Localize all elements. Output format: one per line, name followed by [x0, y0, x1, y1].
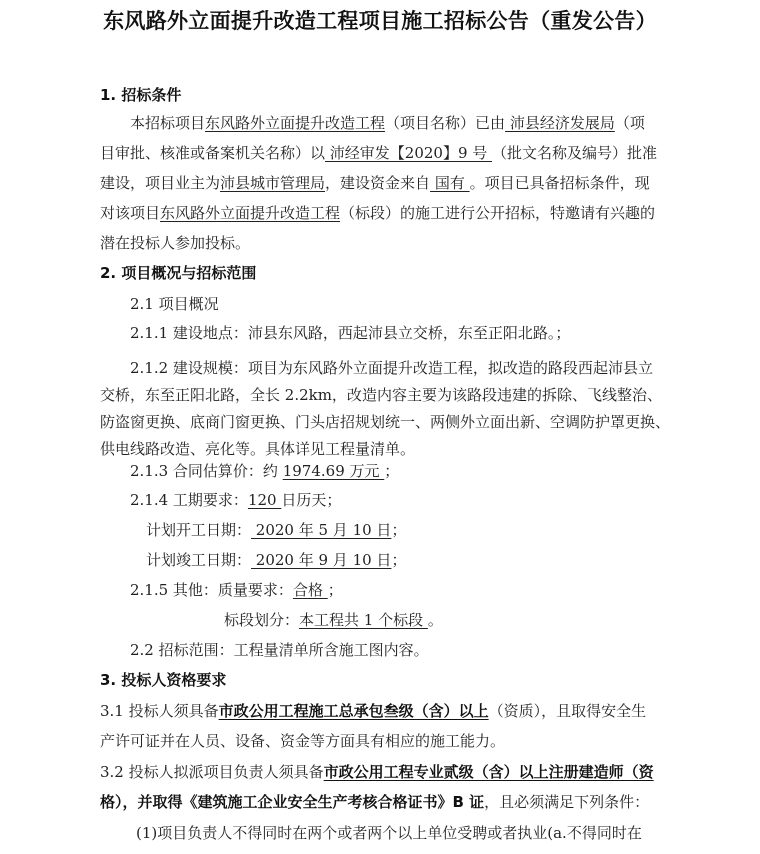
required-qualification: 市政公用工程施工总承包叁级（含）以上 [219, 702, 489, 720]
punct: ； [391, 521, 406, 539]
funding-source: 国有 [430, 174, 470, 192]
label: 2.1.4 工期要求： [130, 491, 248, 509]
s1-para-line-2: 目审批、核准或备案机关名称）以 沛经审发【2020】9 号 （批文名称及编号）批… [100, 143, 657, 163]
text: 3.1 投标人须具备 [100, 702, 219, 720]
s1-para-line-1: 本招标项目东风路外立面提升改造工程（项目名称）已由 沛县经济发展局（项 [130, 113, 645, 133]
s3-1-line-2: 产许可证并在人员、设备、资金等方面具有相应的施工能力。 [100, 731, 505, 751]
text: 建设，项目业主为 [100, 174, 220, 192]
punct: ； [391, 551, 406, 569]
planned-end-date: 计划竣工日期： 2020 年 9 月 10 日； [146, 550, 406, 570]
page-title: 东风路外立面提升改造工程项目施工招标公告（重发公告） [0, 8, 760, 34]
text: ，且必须满足下列条件： [484, 793, 649, 811]
s1-para-line-3: 建设，项目业主为沛县城市管理局，建设资金来自 国有 。项目已具备招标条件，现 [100, 173, 650, 193]
quality-requirement-value: 合格 [293, 581, 328, 599]
unit: 日历天； [281, 491, 341, 509]
s1-para-line-5: 潜在投标人参加投标。 [100, 233, 250, 253]
label: 2.1.5 其他：质量要求： [130, 581, 293, 599]
text: 对该项目 [100, 204, 160, 222]
s3-2-condition-1: (1)项目负责人不得同时在两个或者两个以上单位受聘或者执业(a.不得同时在 [136, 823, 642, 843]
label: 标段划分： [224, 611, 299, 629]
project-owner: 沛县城市管理局 [220, 174, 325, 192]
s1-para-line-4: 对该项目东风路外立面提升改造工程（标段）的施工进行公开招标，特邀请有兴趣的 [100, 203, 655, 223]
text: 。项目已具备招标条件，现 [470, 174, 650, 192]
s2-1-2-scale-line-3: 防盗窗更换、底商门窗更换、门头店招规划统一、两侧外立面出新、空调防护罩更换、 [100, 412, 670, 432]
s2-1-2-scale-line-2: 交桥，东至正阳北路，全长 2.2km，改造内容主要为该路段违建的拆除、飞线整治、 [100, 385, 662, 405]
s2-1-4-duration: 2.1.4 工期要求：120 日历天； [130, 490, 341, 510]
project-name: 东风路外立面提升改造工程 [205, 114, 385, 132]
text: （项目名称）已由 [385, 114, 505, 132]
tender-section-name: 东风路外立面提升改造工程 [160, 204, 340, 222]
planned-start-date: 计划开工日期： 2020 年 5 月 10 日； [146, 520, 406, 540]
label: 计划竣工日期： [146, 551, 251, 569]
text: ，建设资金来自 [325, 174, 430, 192]
text: （批文名称及编号）批准 [492, 144, 657, 162]
punct: 。 [428, 611, 443, 629]
s2-1-3-contract-estimate: 2.1.3 合同估算价：约 1974.69 万元 ； [130, 461, 399, 481]
required-project-manager-qualification: 市政公用工程专业贰级（含）以上注册建造师（资 [324, 763, 654, 781]
approval-document-number: 沛经审发【2020】9 号 [325, 144, 492, 162]
s3-2-line-1: 3.2 投标人拟派项目负责人须具备市政公用工程专业贰级（含）以上注册建造师（资 [100, 762, 654, 782]
text: （资质），且取得安全生 [489, 702, 647, 720]
text: 本招标项目 [130, 114, 205, 132]
section-3-heading: 3. 投标人资格要求 [100, 670, 226, 690]
punct: ； [328, 581, 343, 599]
label: 计划开工日期： [146, 521, 251, 539]
s2-1-project-overview: 2.1 项目概况 [130, 294, 219, 314]
end-date-value: 2020 年 9 月 10 日 [251, 551, 391, 569]
s2-1-2-scale-line-4: 供电线路改造、亮化等。具体详见工程量清单。 [100, 439, 415, 459]
section-2-heading: 2. 项目概况与招标范围 [100, 263, 256, 283]
s2-1-2-scale-line-1: 2.1.2 建设规模：项目为东风路外立面提升改造工程，拟改造的路段西起沛县立 [130, 358, 653, 378]
punct: ； [384, 462, 399, 480]
s3-2-line-2: 格），并取得《建筑施工企业安全生产考核合格证书》B 证，且必须满足下列条件： [100, 792, 649, 812]
text: （项 [615, 114, 645, 132]
text: 目审批、核准或备案机关名称）以 [100, 144, 325, 162]
section-1-heading: 1. 招标条件 [100, 85, 181, 105]
contract-estimate-value: 1974.69 万元 [283, 462, 385, 480]
text: （标段）的施工进行公开招标，特邀请有兴趣的 [340, 204, 655, 222]
section-division: 标段划分：本工程共 1 个标段 。 [224, 610, 443, 630]
text: 3.2 投标人拟派项目负责人须具备 [100, 763, 324, 781]
s3-1-line-1: 3.1 投标人须具备市政公用工程施工总承包叁级（含）以上（资质），且取得安全生 [100, 701, 646, 721]
approving-authority: 沛县经济发展局 [505, 114, 615, 132]
s2-2-tender-scope: 2.2 招标范围：工程量清单所含施工图内容。 [130, 640, 429, 660]
s2-1-5-other: 2.1.5 其他：质量要求：合格 ； [130, 580, 343, 600]
duration-value: 120 [248, 491, 281, 509]
section-division-value: 本工程共 1 个标段 [299, 611, 428, 629]
s2-1-1-location: 2.1.1 建设地点：沛县东风路，西起沛县立交桥，东至正阳北路。； [130, 323, 570, 343]
start-date-value: 2020 年 5 月 10 日 [251, 521, 391, 539]
required-safety-certificate: 格），并取得《建筑施工企业安全生产考核合格证书》B 证 [100, 793, 484, 811]
label: 2.1.3 合同估算价：约 [130, 462, 283, 480]
